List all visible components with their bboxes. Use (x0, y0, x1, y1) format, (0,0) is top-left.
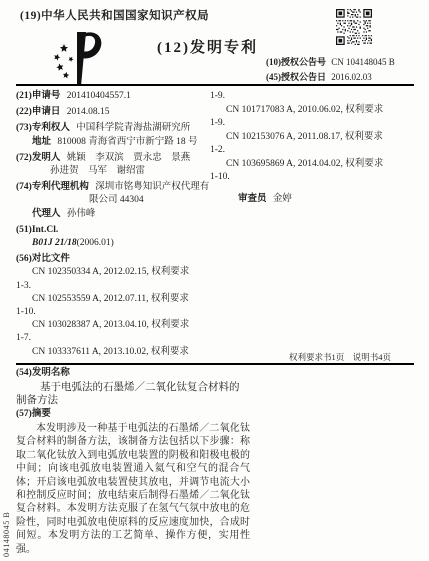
citation-claims: 1-10. (16, 306, 212, 319)
publication-number-value: CN 104148045 B (331, 57, 395, 67)
publication-date-label: (45)授权公告日 (266, 72, 326, 82)
intcl-row: (51)Int.Cl. (16, 224, 212, 237)
agent-row: 代理人 孙伟峰 (16, 208, 212, 221)
citation-ref: CN 103695869 A, 2014.04.02, 权利要求 (210, 158, 415, 172)
application-date-value: 2014.08.15 (67, 107, 110, 117)
citation-claims: 1-9. (210, 117, 415, 131)
agent-name: 孙伟峰 (67, 209, 96, 219)
body-divider-rule (16, 363, 414, 365)
citation-claims-continued: 1-9. (210, 90, 415, 104)
title-section: (54)发明名称 基于电弧法的石墨烯／二氧化钛复合材料的 制备方法 (57)摘要 (16, 367, 316, 421)
intcl-label: (51)Int.Cl. (16, 225, 58, 235)
document-type-title: (12)发明专利 (157, 36, 258, 57)
qr-code-icon (336, 9, 372, 50)
invention-title-line2: 制备方法 (16, 394, 316, 408)
patentee-label: (73)专利权人 (16, 123, 70, 133)
agency-line1: 深圳市铭粤知识产权代理有 (95, 182, 209, 192)
citation-claims: 1-3. (16, 280, 212, 293)
patentee-row: (73)专利权人 中国科学院青海盐湖研究所 (16, 122, 212, 135)
spine-publication-number: 04148045 B (2, 512, 11, 557)
citation-ref: CN 102553559 A, 2012.07.11, 权利要求 (16, 293, 212, 306)
publication-number-row: (10)授权公告号 CN 104148045 B (266, 55, 395, 68)
citation-ref: CN 102350334 A, 2012.02.15, 权利要求 (16, 266, 212, 279)
inventors-line2: 孙进贺 马军 谢绍雷 (50, 166, 145, 176)
agency-line2: 限公司 44304 (89, 195, 144, 205)
address-label: 地址 (32, 137, 51, 147)
abstract-section-label: (57)摘要 (16, 408, 316, 422)
patentee-value: 中国科学院青海盐湖研究所 (76, 123, 190, 133)
inventors-label: (72)发明人 (16, 153, 60, 163)
application-number-value: 201410404557.1 (67, 91, 131, 101)
inventors-line1: 姚颖 李双滨 贾永忠 景燕 (67, 153, 191, 163)
qr-code (336, 9, 372, 45)
invention-title-line1: 基于电弧法的石墨烯／二氧化钛复合材料的 (16, 381, 316, 395)
citation-claims: 1-7. (16, 332, 212, 345)
citations-label: (56)对比文件 (16, 254, 70, 264)
examiner-row: 审查员 金婷 (210, 193, 415, 207)
application-date-row: (22)申请日 2014.08.15 (16, 106, 212, 119)
agency-row-2: 限公司 44304 (16, 194, 212, 207)
examiner-name: 金婷 (273, 194, 292, 204)
publication-date-value: 2016.02.03 (331, 72, 372, 82)
citation-ref: CN 103337611 A, 2013.10.02, 权利要求 (16, 346, 212, 359)
pages-info: 权利要求书1页 说明书4页 (289, 351, 391, 363)
sipo-logo (52, 31, 104, 92)
title-section-label: (54)发明名称 (16, 367, 316, 381)
inventors-row-2: 孙进贺 马军 谢绍雷 (16, 165, 212, 178)
abstract-text: 本发明涉及一种基于电弧法的石墨烯／二氧化钛复合材料的制备方法，该制备方法包括以下… (16, 422, 250, 556)
citation-ref: CN 101717083 A, 2010.06.02, 权利要求 (210, 104, 415, 118)
sipo-logo-icon (52, 31, 104, 87)
agency-row: (74)专利代理机构 深圳市铭粤知识产权代理有 (16, 181, 212, 194)
application-date-label: (22)申请日 (16, 107, 60, 117)
citation-claims: 1-10. (210, 171, 415, 185)
intcl-edition: (2006.01) (77, 238, 114, 248)
application-number-label: (21)申请号 (16, 91, 60, 101)
header-divider-rule (16, 84, 414, 86)
publication-date-row: (45)授权公告日 2016.02.03 (266, 70, 372, 83)
citations-header-row: (56)对比文件 (16, 253, 212, 266)
publication-number-label: (10)授权公告号 (266, 57, 326, 67)
inventors-row: (72)发明人 姚颖 李双滨 贾永忠 景燕 (16, 152, 212, 165)
intcl-code: B01J 21/18 (32, 238, 77, 248)
agent-label: 代理人 (32, 209, 61, 219)
agency-label: (74)专利代理机构 (16, 182, 89, 192)
address-value: 810008 青海省西宁市新宁路 18 号 (57, 137, 197, 147)
citation-ref: CN 102153076 A, 2011.08.17, 权利要求 (210, 131, 415, 145)
application-number-row: (21)申请号 201410404557.1 (16, 90, 212, 103)
bibliographic-left-column: (21)申请号 201410404557.1 (22)申请日 2014.08.1… (16, 90, 212, 359)
examiner-label: 审查员 (238, 194, 267, 204)
intcl-code-row: B01J 21/18(2006.01) (16, 237, 212, 250)
patent-office-name: (19)中华人民共和国国家知识产权局 (20, 7, 209, 23)
citation-ref: CN 103028387 A, 2013.04.10, 权利要求 (16, 319, 212, 332)
patent-front-page: (19)中华人民共和国国家知识产权局 (12)发明专利 (0, 0, 429, 561)
citation-claims: 1-2. (210, 144, 415, 158)
address-row: 地址 810008 青海省西宁市新宁路 18 号 (16, 136, 212, 149)
citations-right-column: 1-9. CN 101717083 A, 2010.06.02, 权利要求 1-… (210, 90, 415, 206)
